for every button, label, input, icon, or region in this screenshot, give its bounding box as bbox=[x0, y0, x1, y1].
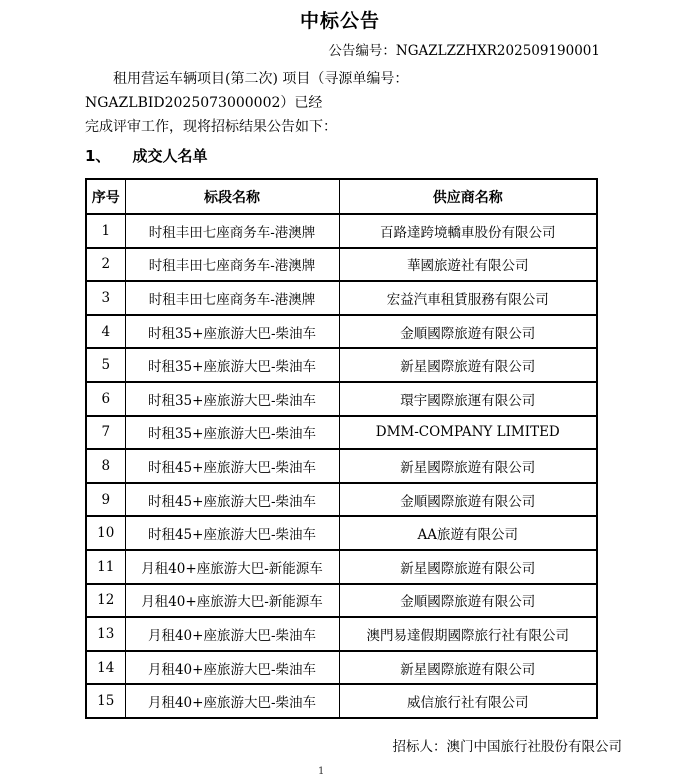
supplier-name-cell: 華國旅遊社有限公司 bbox=[339, 248, 597, 282]
section-title: 成交人名单 bbox=[132, 147, 207, 165]
lot-name-cell: 月租40+座旅游大巴-柴油车 bbox=[125, 684, 339, 718]
row-index-cell: 1 bbox=[86, 214, 125, 248]
table-row: 13月租40+座旅游大巴-柴油车澳門易達假期國際旅行社有限公司 bbox=[86, 617, 597, 651]
supplier-name-cell: 澳門易達假期國際旅行社有限公司 bbox=[339, 617, 597, 651]
table-row: 14月租40+座旅游大巴-柴油车新星國際旅遊有限公司 bbox=[86, 651, 597, 685]
tenderer-line: 招标人：澳门中国旅行社股份有限公司 bbox=[393, 738, 623, 756]
table-body: 1时租丰田七座商务车-港澳牌百路達跨境轎車股份有限公司2时租丰田七座商务车-港澳… bbox=[86, 214, 597, 718]
lot-name-cell: 时租35+座旅游大巴-柴油车 bbox=[125, 382, 339, 416]
lot-name-cell: 时租45+座旅游大巴-柴油车 bbox=[125, 449, 339, 483]
row-index-cell: 9 bbox=[86, 483, 125, 517]
header-lot-name: 标段名称 bbox=[125, 179, 339, 214]
table-row: 6时租35+座旅游大巴-柴油车環宇國際旅運有限公司 bbox=[86, 382, 597, 416]
row-index-cell: 7 bbox=[86, 416, 125, 450]
table-row: 7时租35+座旅游大巴-柴油车DMM-COMPANY LIMITED bbox=[86, 416, 597, 450]
lot-name-cell: 时租丰田七座商务车-港澳牌 bbox=[125, 281, 339, 315]
row-index-cell: 5 bbox=[86, 348, 125, 382]
lot-name-cell: 时租35+座旅游大巴-柴油车 bbox=[125, 416, 339, 450]
row-index-cell: 6 bbox=[86, 382, 125, 416]
row-index-cell: 11 bbox=[86, 550, 125, 584]
table-row: 9时租45+座旅游大巴-柴油车金順國際旅遊有限公司 bbox=[86, 483, 597, 517]
table-row: 8时租45+座旅游大巴-柴油车新星國際旅遊有限公司 bbox=[86, 449, 597, 483]
supplier-name-cell: 金順國際旅遊有限公司 bbox=[339, 483, 597, 517]
supplier-name-cell: 新星國際旅遊有限公司 bbox=[339, 550, 597, 584]
table-header-row: 序号 标段名称 供应商名称 bbox=[86, 179, 597, 214]
table-row: 5时租35+座旅游大巴-柴油车新星國際旅遊有限公司 bbox=[86, 348, 597, 382]
intro-line-2: 完成评审工作，现将招标结果公告如下： bbox=[85, 115, 604, 139]
table-row: 10时租45+座旅游大巴-柴油车AA旅遊有限公司 bbox=[86, 516, 597, 550]
lot-name-cell: 时租35+座旅游大巴-柴油车 bbox=[125, 348, 339, 382]
supplier-name-cell: 金順國際旅遊有限公司 bbox=[339, 584, 597, 618]
header-supplier-name: 供应商名称 bbox=[339, 179, 597, 214]
award-table: 序号 标段名称 供应商名称 1时租丰田七座商务车-港澳牌百路達跨境轎車股份有限公… bbox=[85, 178, 598, 719]
header-index: 序号 bbox=[86, 179, 125, 214]
table-row: 1时租丰田七座商务车-港澳牌百路達跨境轎車股份有限公司 bbox=[86, 214, 597, 248]
document-title: 中标公告 bbox=[0, 0, 680, 33]
table-row: 4时租35+座旅游大巴-柴油车金順國際旅遊有限公司 bbox=[86, 315, 597, 349]
lot-name-cell: 时租35+座旅游大巴-柴油车 bbox=[125, 315, 339, 349]
row-index-cell: 8 bbox=[86, 449, 125, 483]
table-row: 2时租丰田七座商务车-港澳牌華國旅遊社有限公司 bbox=[86, 248, 597, 282]
section-number: 1、 bbox=[85, 146, 110, 166]
section-heading: 1、成交人名单 bbox=[85, 146, 680, 166]
lot-name-cell: 月租40+座旅游大巴-柴油车 bbox=[125, 617, 339, 651]
supplier-name-cell: AA旅遊有限公司 bbox=[339, 516, 597, 550]
notice-number: 公告编号：NGAZLZZHXR202509190001 bbox=[0, 42, 680, 60]
row-index-cell: 4 bbox=[86, 315, 125, 349]
lot-name-cell: 月租40+座旅游大巴-新能源车 bbox=[125, 550, 339, 584]
table-row: 12月租40+座旅游大巴-新能源车金順國際旅遊有限公司 bbox=[86, 584, 597, 618]
supplier-name-cell: 宏益汽車租賃服務有限公司 bbox=[339, 281, 597, 315]
document-page: 中标公告 公告编号：NGAZLZZHXR202509190001 租用营运车辆项… bbox=[0, 0, 680, 783]
lot-name-cell: 月租40+座旅游大巴-柴油车 bbox=[125, 651, 339, 685]
row-index-cell: 10 bbox=[86, 516, 125, 550]
lot-name-cell: 时租丰田七座商务车-港澳牌 bbox=[125, 214, 339, 248]
supplier-name-cell: 環宇國際旅運有限公司 bbox=[339, 382, 597, 416]
row-index-cell: 14 bbox=[86, 651, 125, 685]
lot-name-cell: 时租45+座旅游大巴-柴油车 bbox=[125, 516, 339, 550]
supplier-name-cell: 金順國際旅遊有限公司 bbox=[339, 315, 597, 349]
lot-name-cell: 时租45+座旅游大巴-柴油车 bbox=[125, 483, 339, 517]
row-index-cell: 2 bbox=[86, 248, 125, 282]
intro-line-1: 租用营运车辆项目(第二次) 项目（寻源单编号：NGAZLBID202507300… bbox=[85, 67, 604, 115]
page-number: 1 bbox=[318, 766, 324, 777]
table-row: 15月租40+座旅游大巴-柴油车威信旅行社有限公司 bbox=[86, 684, 597, 718]
lot-name-cell: 月租40+座旅游大巴-新能源车 bbox=[125, 584, 339, 618]
supplier-name-cell: 百路達跨境轎車股份有限公司 bbox=[339, 214, 597, 248]
supplier-name-cell: DMM-COMPANY LIMITED bbox=[339, 416, 597, 450]
table-row: 3时租丰田七座商务车-港澳牌宏益汽車租賃服務有限公司 bbox=[86, 281, 597, 315]
supplier-name-cell: 新星國際旅遊有限公司 bbox=[339, 449, 597, 483]
supplier-name-cell: 新星國際旅遊有限公司 bbox=[339, 348, 597, 382]
row-index-cell: 15 bbox=[86, 684, 125, 718]
row-index-cell: 3 bbox=[86, 281, 125, 315]
row-index-cell: 12 bbox=[86, 584, 125, 618]
lot-name-cell: 时租丰田七座商务车-港澳牌 bbox=[125, 248, 339, 282]
supplier-name-cell: 威信旅行社有限公司 bbox=[339, 684, 597, 718]
row-index-cell: 13 bbox=[86, 617, 125, 651]
table-row: 11月租40+座旅游大巴-新能源车新星國際旅遊有限公司 bbox=[86, 550, 597, 584]
intro-paragraph: 租用营运车辆项目(第二次) 项目（寻源单编号：NGAZLBID202507300… bbox=[85, 67, 604, 139]
supplier-name-cell: 新星國際旅遊有限公司 bbox=[339, 651, 597, 685]
